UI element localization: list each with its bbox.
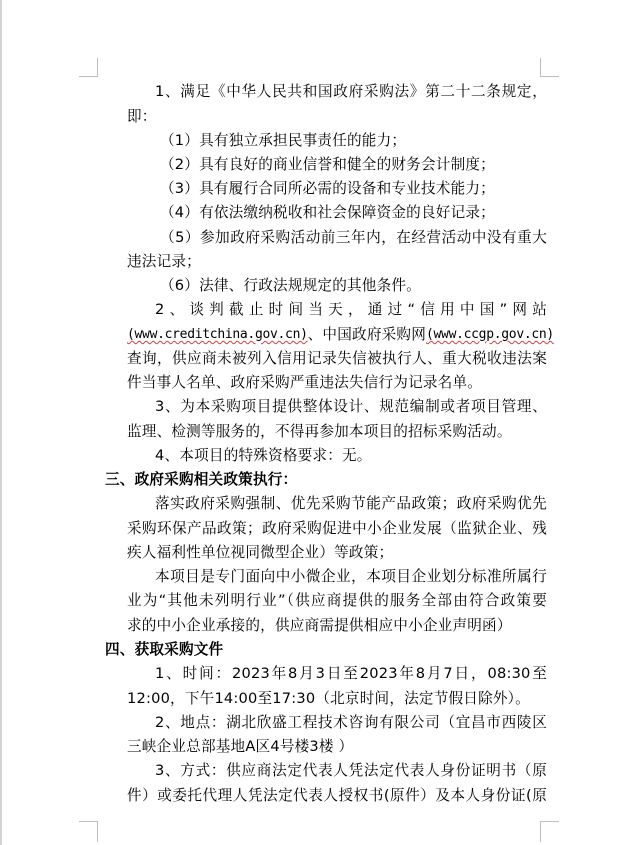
paragraph-line: 求的中小企业承接的，供应商需提供相应中小企业声明函） [127, 616, 547, 636]
paragraph-line: 落实政府采购强制、优先采购节能产品政策；政府采购优先 [155, 494, 547, 514]
list-item: （1）具有独立承担民事责任的能力； [160, 131, 547, 151]
paragraph-line: 3、方式：供应商法定代表人凭法定代表人身份证明书（原 [155, 761, 547, 781]
list-item: （6）法律、行政法规规定的其他条件。 [160, 276, 547, 296]
margin-corner-mark-bottom-left [79, 821, 98, 842]
paragraph-line: 4、本项目的特殊资格要求：无。 [155, 446, 547, 466]
margin-corner-mark-top-right [540, 58, 559, 77]
ccgp-link[interactable]: (www.ccgp.gov.cn) [426, 325, 554, 345]
paragraph-line: 3、为本采购项目提供整体设计、规范编制或者项目管理、 [155, 397, 547, 417]
creditchina-link[interactable]: (www.creditchina.gov.cn) [127, 325, 308, 345]
paragraph-line: 查询，供应商未被列入信用记录失信被执行人、重大税收违法案 [127, 349, 547, 369]
section-heading-obtain-documents: 四、获取采购文件 [105, 640, 525, 660]
link-separator-text: 、中国政府采购网 [308, 325, 426, 345]
paragraph-line: 2、谈判截止时间当天，通过“信用中国”网站 [155, 300, 547, 320]
paragraph-line: 业为“其他未列明行业”（供应商提供的服务全部由符合政策要 [127, 591, 547, 611]
list-item: （2）具有良好的商业信誉和健全的财务会计制度； [160, 155, 547, 175]
margin-corner-mark-bottom-right [540, 821, 559, 842]
list-item: （5）参加政府采购活动前三年内，在经营活动中没有重大 [160, 228, 547, 248]
paragraph-line: 件当事人名单、政府采购严重违法失信行为记录名单。 [127, 373, 547, 393]
paragraph-line: 即： [127, 107, 547, 127]
list-item-continuation: 违法记录； [127, 252, 547, 272]
paragraph-line: 监理、检测等服务的，不得再参加本项目的招标采购活动。 [127, 422, 547, 442]
paragraph-line: 1、满足《中华人民共和国政府采购法》第二十二条规定， [155, 82, 547, 102]
page-left-edge [0, 0, 2, 845]
paragraph-line-urls: (www.creditchina.gov.cn) 、中国政府采购网 (www.c… [127, 325, 547, 345]
paragraph-line: 12:00，下午14:00至17:30（北京时间，法定节假日除外）。 [127, 689, 547, 709]
section-heading-policy: 三、政府采购相关政策执行： [105, 470, 525, 490]
paragraph-line: 采购环保产品政策；政府采购促进中小企业发展（监狱企业、残 [127, 519, 547, 539]
margin-corner-mark-top-left [79, 58, 98, 77]
list-item: （4）有依法缴纳税收和社会保障资金的良好记录； [160, 203, 547, 223]
list-item: （3）具有履行合同所必需的设备和专业技术能力； [160, 179, 547, 199]
paragraph-line: 2、地点：湖北欣盛工程技术咨询有限公司（宜昌市西陵区 [155, 713, 547, 733]
paragraph-line: 1、时间：2023年8月3日至2023年8月7日，08:30至 [155, 664, 547, 684]
paragraph-line: 疾人福利性单位视同微型企业）等政策； [127, 543, 547, 563]
paragraph-line: 三峡企业总部基地A区4号楼3楼 ） [127, 737, 547, 757]
paragraph-line: 本项目是专门面向中小微企业，本项目企业划分标准所属行 [155, 567, 547, 587]
paragraph-line: 件）或委托代理人凭法定代表人授权书(原件）及本人身份证(原 [127, 786, 547, 806]
